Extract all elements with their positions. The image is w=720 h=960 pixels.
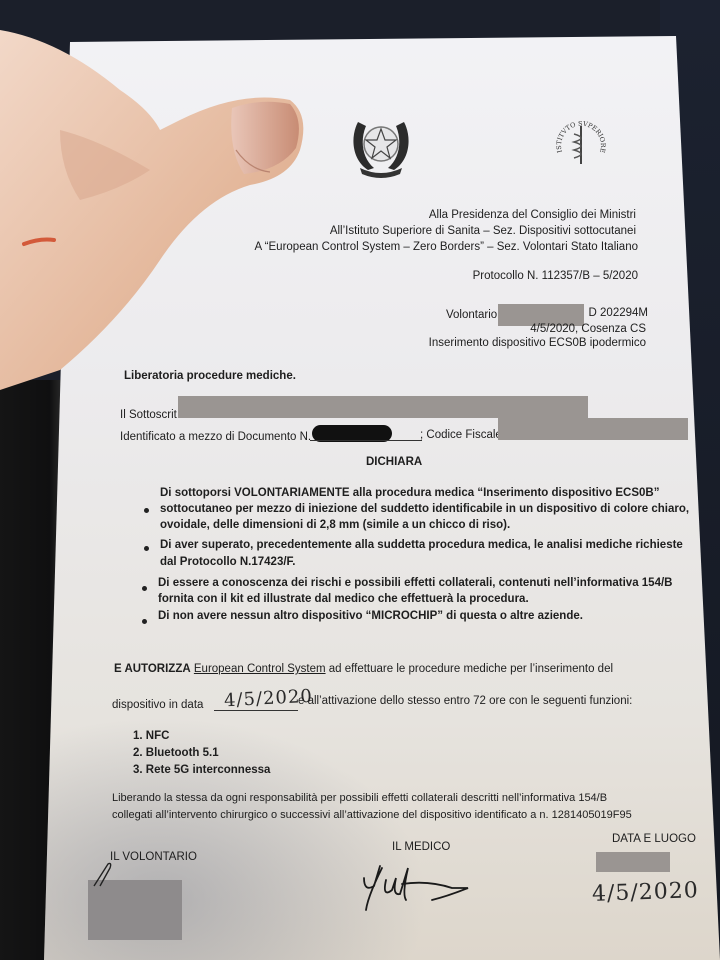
release-line: collegati all’intervento chirurgico o su… xyxy=(112,808,632,822)
authorize-line: E AUTORIZZA European Control System ad e… xyxy=(114,662,613,676)
doctor-signature xyxy=(358,856,488,918)
id-document-label: Identificato a mezzo di Documento N. xyxy=(120,430,311,444)
authorize-rest: ad effettuare le procedure mediche per l… xyxy=(326,663,613,675)
id-document-underline xyxy=(310,440,422,441)
redacted-signer xyxy=(178,396,588,418)
volunteer-signature-stroke xyxy=(90,860,120,890)
doctor-signature-label: IL MEDICO xyxy=(392,840,450,854)
redacted-place xyxy=(596,852,670,872)
redacted-fiscal-code xyxy=(498,418,688,440)
volunteer-label: Volontario xyxy=(446,308,497,322)
signer-label: Il Sottoscrit xyxy=(120,408,177,422)
declaration-line: Di sottoporsi VOLONTARIAMENTE alla proce… xyxy=(160,486,659,500)
date-place: 4/5/2020, Cosenza CS xyxy=(530,322,646,336)
authorize-prefix: E AUTORIZZA xyxy=(114,663,191,675)
declaration-line: ovoidale, delle dimensioni di 2,8 mm (si… xyxy=(160,518,510,532)
addressee-line: A “European Control System – Zero Border… xyxy=(254,240,638,254)
document-title: Liberatoria procedure mediche. xyxy=(124,369,296,383)
declaration-line: sottocutaneo per mezzo di iniezione del … xyxy=(160,502,689,516)
bullet-icon xyxy=(144,508,149,513)
declaration-line: Di essere a conoscenza dei rischi e poss… xyxy=(158,576,672,590)
declaration-line: Di aver superato, precedentemente alla s… xyxy=(160,538,683,552)
volunteer-signature-label: IL VOLONTARIO xyxy=(110,850,197,864)
addressee-line: Alla Presidenza del Consiglio dei Minist… xyxy=(429,208,636,222)
italian-emblem-icon xyxy=(350,112,412,182)
fiscal-code-label: ; Codice Fiscale xyxy=(420,428,502,442)
declares-heading: DICHIARA xyxy=(366,455,422,469)
subject-line: Inserimento dispositivo ECS0B ipodermico xyxy=(429,336,646,350)
function-item: 2. Bluetooth 5.1 xyxy=(133,746,219,760)
device-date-label: dispositivo in data xyxy=(112,698,203,712)
volunteer-code: D 202294M xyxy=(589,306,648,320)
function-item: 3. Rete 5G interconnessa xyxy=(133,763,270,777)
declaration-line: dal Protocollo N.17423/F. xyxy=(160,555,295,569)
date-handwritten: 4/5/2020 xyxy=(592,878,700,907)
date-place-signature-label: DATA E LUOGO xyxy=(612,832,696,846)
function-item: 1. NFC xyxy=(133,729,169,743)
iss-seal-icon: ISTITVTO SVPERIORE DI SANITA xyxy=(556,112,606,168)
authorize-company: European Control System xyxy=(194,663,326,675)
protocol-number: Protocollo N. 112357/B – 5/2020 xyxy=(473,269,638,283)
bullet-icon xyxy=(144,546,149,551)
release-line: Liberando la stessa da ogni responsabili… xyxy=(112,791,607,805)
bullet-icon xyxy=(142,586,147,591)
bullet-icon xyxy=(142,619,147,624)
device-date-suffix: e all’attivazione dello stesso entro 72 … xyxy=(298,694,632,708)
declaration-line: Di non avere nessun altro dispositivo “M… xyxy=(158,609,583,623)
addressee-line: All’Istituto Superiore di Sanita – Sez. … xyxy=(330,224,636,238)
declaration-line: fornita con il kit ed illustrate dal med… xyxy=(158,592,529,606)
